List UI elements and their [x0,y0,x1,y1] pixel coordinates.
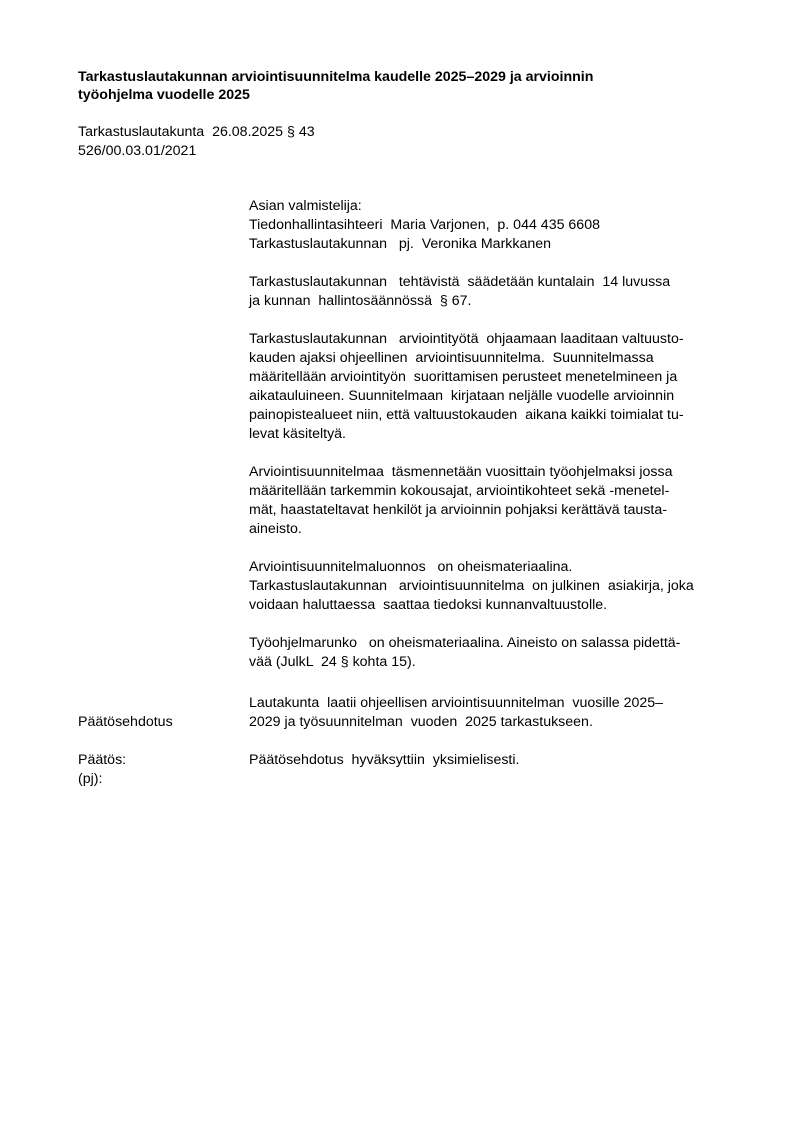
preparer-line: Tiedonhallintasihteeri Maria Varjonen, p… [249,216,735,235]
paragraph-line: mät, haastateltavat henkilöt ja arvioinn… [249,501,735,520]
decision-line: Päätösehdotus hyväksyttiin yksimielisest… [249,751,739,770]
decision-text: Päätösehdotus hyväksyttiin yksimielisest… [249,751,739,770]
paragraph-line: vää (JulkL 24 § kohta 15). [249,653,735,672]
paragraph: Arviointisuunnitelmaa täsmennetään vuosi… [249,463,735,539]
document-body: Asian valmistelija: Tiedonhallintasihtee… [249,197,735,691]
paragraph-line: määritellään tarkemmin kokousajat, arvio… [249,482,735,501]
paragraph: Työohjelmarunko on oheismateriaalina. Ai… [249,634,735,672]
paragraph-line: kauden ajaksi ohjeellinen arviointisuunn… [249,349,735,368]
paragraph: Arviointisuunnitelmaluonnos on oheismate… [249,558,735,615]
proposal-label-line: (pj): [78,770,238,789]
paragraph-line: painopistealueet niin, että valtuustokau… [249,406,735,425]
paragraph: Tarkastuslautakunnan tehtävistä säädetää… [249,273,735,311]
paragraph-line: Tarkastuslautakunnan tehtävistä säädetää… [249,273,735,292]
paragraph-line: aineisto. [249,520,735,539]
paragraph-line: Työohjelmarunko on oheismateriaalina. Ai… [249,634,735,653]
proposal-text: Lautakunta laatii ohjeellisen arviointis… [249,694,739,732]
paragraph-line: ja kunnan hallintosäännössä § 67. [249,292,735,311]
paragraph-line: Arviointisuunnitelmaluonnos on oheismate… [249,558,735,577]
proposal-label-line: Päätösehdotus [78,713,238,732]
preparers-block: Asian valmistelija: Tiedonhallintasihtee… [249,197,735,254]
paragraph-line: määritellään arviointityön suorittamisen… [249,368,735,387]
meeting-reference: Tarkastuslautakunta 26.08.2025 § 43 [78,123,315,142]
paragraph-line: levat käsiteltyä. [249,425,735,444]
title-line-1: Tarkastuslautakunnan arviointisuunnitelm… [78,68,718,86]
document-title: Tarkastuslautakunnan arviointisuunnitelm… [78,68,718,104]
proposal-line: 2029 ja työsuunnitelman vuoden 2025 tark… [249,713,739,732]
paragraph-line: Tarkastuslautakunnan arviointisuunnitelm… [249,577,735,596]
decision-label: Päätös: [78,751,238,770]
paragraph-line: voidaan haluttaessa saattaa tiedoksi kun… [249,596,735,615]
title-line-2: työohjelma vuodelle 2025 [78,86,718,104]
paragraph: Tarkastuslautakunnan arviointityötä ohja… [249,330,735,444]
proposal-line: Lautakunta laatii ohjeellisen arviointis… [249,694,739,713]
preparer-line: Tarkastuslautakunnan pj. Veronika Markka… [249,235,735,254]
document-page: Tarkastuslautakunnan arviointisuunnitelm… [0,0,794,1122]
meeting-meta: Tarkastuslautakunta 26.08.2025 § 43 526/… [78,123,315,161]
paragraph-line: Tarkastuslautakunnan arviointityötä ohja… [249,330,735,349]
paragraph-line: Arviointisuunnitelmaa täsmennetään vuosi… [249,463,735,482]
paragraph-line: aikatauluineen. Suunnitelmaan kirjataan … [249,387,735,406]
preparers-heading: Asian valmistelija: [249,197,735,216]
record-number: 526/00.03.01/2021 [78,142,315,161]
